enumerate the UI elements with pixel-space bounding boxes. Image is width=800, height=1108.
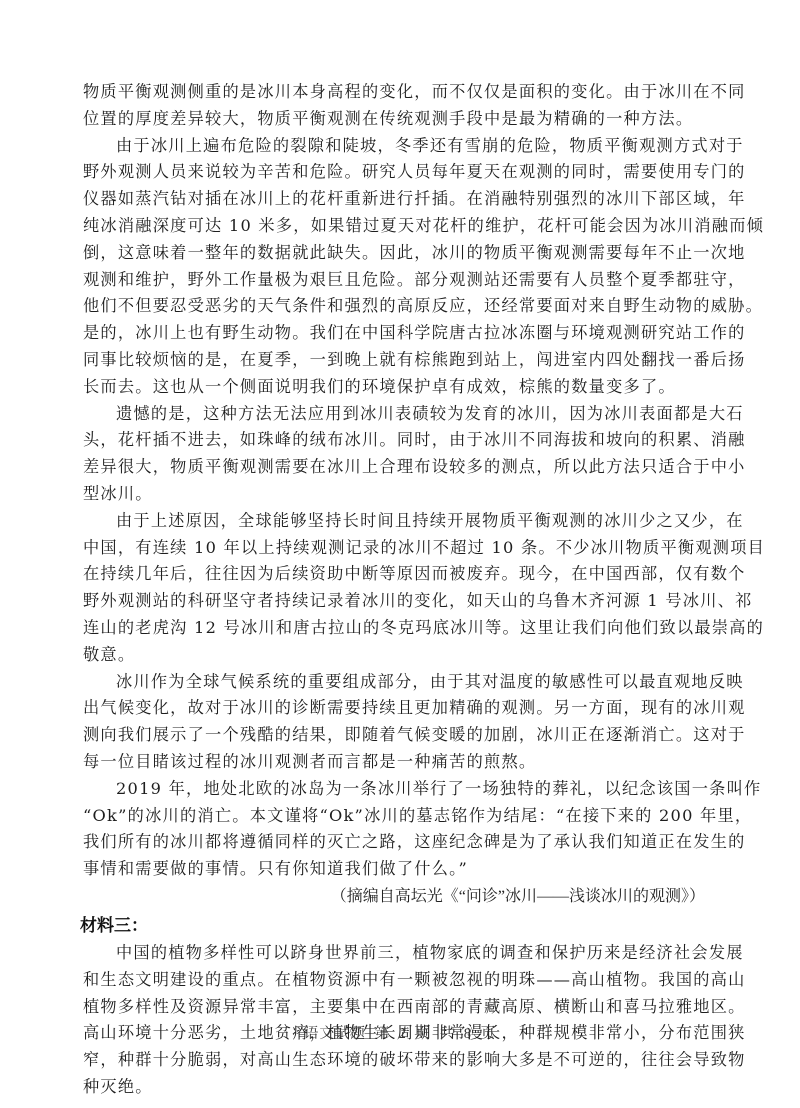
text-line: 物质平衡观测侧重的是冰川本身高程的变化，而不仅仅是面积的变化。由于冰川在不同 [83, 79, 707, 106]
text-line: 2019 年，地处北欧的冰岛为一条冰川举行了一场独特的葬礼，以纪念该国一条叫作 [83, 776, 707, 803]
text-line: 他们不但要忍受恶劣的天气条件和强烈的高原反应，还经常要面对来自野生动物的威胁。 [83, 293, 707, 320]
text-line: 事情和需要做的事情。只有你知道我们做了什么。” [83, 856, 707, 883]
text-line: 中国的植物多样性可以跻身世界前三，植物家底的调查和保护历来是经济社会发展 [83, 940, 707, 967]
text-line: 由于上述原因，全球能够坚持长时间且持续开展物质平衡观测的冰川少之又少，在 [83, 508, 707, 535]
paragraph: 遗憾的是，这种方法无法应用到冰川表碛较为发育的冰川，因为冰川表面都是大石 头，花… [83, 401, 707, 508]
text-line: 差异很大，物质平衡观测需要在冰川上合理布设较多的测点，所以此方法只适合于中小 [83, 454, 707, 481]
paragraph: 由于上述原因，全球能够坚持长时间且持续开展物质平衡观测的冰川少之又少，在 中国，… [83, 508, 707, 669]
text-line: 纯冰消融深度可达 10 米多，如果错过夏天对花杆的维护，花杆可能会因为冰川消融而… [83, 213, 707, 240]
text-line: 中国，有连续 10 年以上持续观测记录的冰川不超过 10 条。不少冰川物质平衡观… [83, 535, 707, 562]
text-line: 测向我们展示了一个残酷的结果，即随着气候变暖的加剧，冰川正在逐渐消亡。这对于 [83, 722, 707, 749]
text-line: 头，花杆插不进去，如珠峰的绒布冰川。同时，由于冰川不同海拔和坡向的积累、消融 [83, 427, 707, 454]
text-line: 和生态文明建设的重点。在植物资源中有一颗被忽视的明珠——高山植物。我国的高山 [83, 967, 707, 994]
text-line: 野外观测站的科研坚守者持续记录着冰川的变化，如天山的乌鲁木齐河源 1 号冰川、祁 [83, 588, 707, 615]
text-line: “Ok”的冰川的消亡。本文谨将“Ok”冰川的墓志铭作为结尾：“在接下来的 200… [83, 803, 707, 830]
paragraph: 冰川作为全球气候系统的重要组成部分，由于其对温度的敏感性可以最直观地反映 出气候… [83, 669, 707, 776]
text-line: 冰川作为全球气候系统的重要组成部分，由于其对温度的敏感性可以最直观地反映 [83, 669, 707, 696]
text-line: 我们所有的冰川都将遵循同样的灭亡之路，这座纪念碑是为了承认我们知道正在发生的 [83, 829, 707, 856]
text-line: 遗憾的是，这种方法无法应用到冰川表碛较为发育的冰川，因为冰川表面都是大石 [83, 401, 707, 428]
text-line: 由于冰川上遍布危险的裂隙和陡坡，冬季还有雪崩的危险，物质平衡观测方式对于 [83, 133, 707, 160]
text-line: 是的，冰川上也有野生动物。我们在中国科学院唐古拉冰冻圈与环境观测研究站工作的 [83, 320, 707, 347]
text-line: 位置的厚度差异较大，物质平衡观测在传统观测手段中是最为精确的一种方法。 [83, 106, 707, 133]
text-line: 观测和维护，野外工作量极为艰巨且危险。部分观测站还需要有人员整个夏季都驻守， [83, 267, 707, 294]
paragraph: 由于冰川上遍布危险的裂隙和陡坡，冬季还有雪崩的危险，物质平衡观测方式对于 野外观… [83, 133, 707, 401]
text-line: 每一位目睹该过程的冰川观测者而言都是一种痛苦的煎熬。 [83, 749, 707, 776]
text-line: 型冰川。 [83, 481, 707, 508]
source-citation: （摘编自高坛光《“问诊”冰川——浅谈冰川的观测》） [83, 883, 707, 911]
text-line: 种灭绝。 [83, 1074, 707, 1101]
text-line: 敬意。 [83, 642, 707, 669]
paragraph: 中国的植物多样性可以跻身世界前三，植物家底的调查和保护历来是经济社会发展 和生态… [83, 940, 707, 1101]
text-line: 出气候变化，故对于冰川的诊断需要持续且更加精确的观测。另一方面，现有的冰川观 [83, 695, 707, 722]
text-line: 倒，这意味着一整年的数据就此缺失。因此，冰川的物质平衡观测需要每年不止一次地 [83, 240, 707, 267]
section-title-material-3: 材料三： [80, 912, 707, 940]
text-line: 同事比较烦恼的是，在夏季，一到晚上就有棕熊跑到站上，闯进室内四处翻找一番后扬 [83, 347, 707, 374]
text-line: 在持续几年后，往往因为后续资助中断等原因而被废弃。现今，在中国西部，仅有数个 [83, 561, 707, 588]
page-footer: 语文试题 第 2 页 共 8 页 [0, 1022, 800, 1043]
text-line: 窄，种群十分脆弱，对高山生态环境的破坏带来的影响大多是不可逆的，往往会导致物 [83, 1047, 707, 1074]
text-line: 仪器如蒸汽钻对插在冰川上的花杆重新进行扦插。在消融特别强烈的冰川下部区域，年 [83, 186, 707, 213]
paragraph: 物质平衡观测侧重的是冰川本身高程的变化，而不仅仅是面积的变化。由于冰川在不同 位… [83, 79, 707, 133]
paragraph: 2019 年，地处北欧的冰岛为一条冰川举行了一场独特的葬礼，以纪念该国一条叫作 … [83, 776, 707, 883]
text-line: 植物多样性及资源异常丰富，主要集中在西南部的青藏高原、横断山和喜马拉雅地区。 [83, 994, 707, 1021]
text-line: 连山的老虎沟 12 号冰川和唐古拉山的冬克玛底冰川等。这里让我们向他们致以最崇高… [83, 615, 707, 642]
exam-page-body: 物质平衡观测侧重的是冰川本身高程的变化，而不仅仅是面积的变化。由于冰川在不同 位… [83, 79, 707, 1101]
text-line: 野外观测人员来说较为辛苦和危险。研究人员每年夏天在观测的同时，需要使用专门的 [83, 159, 707, 186]
text-line: 长而去。这也从一个侧面说明我们的环境保护卓有成效，棕熊的数量变多了。 [83, 374, 707, 401]
